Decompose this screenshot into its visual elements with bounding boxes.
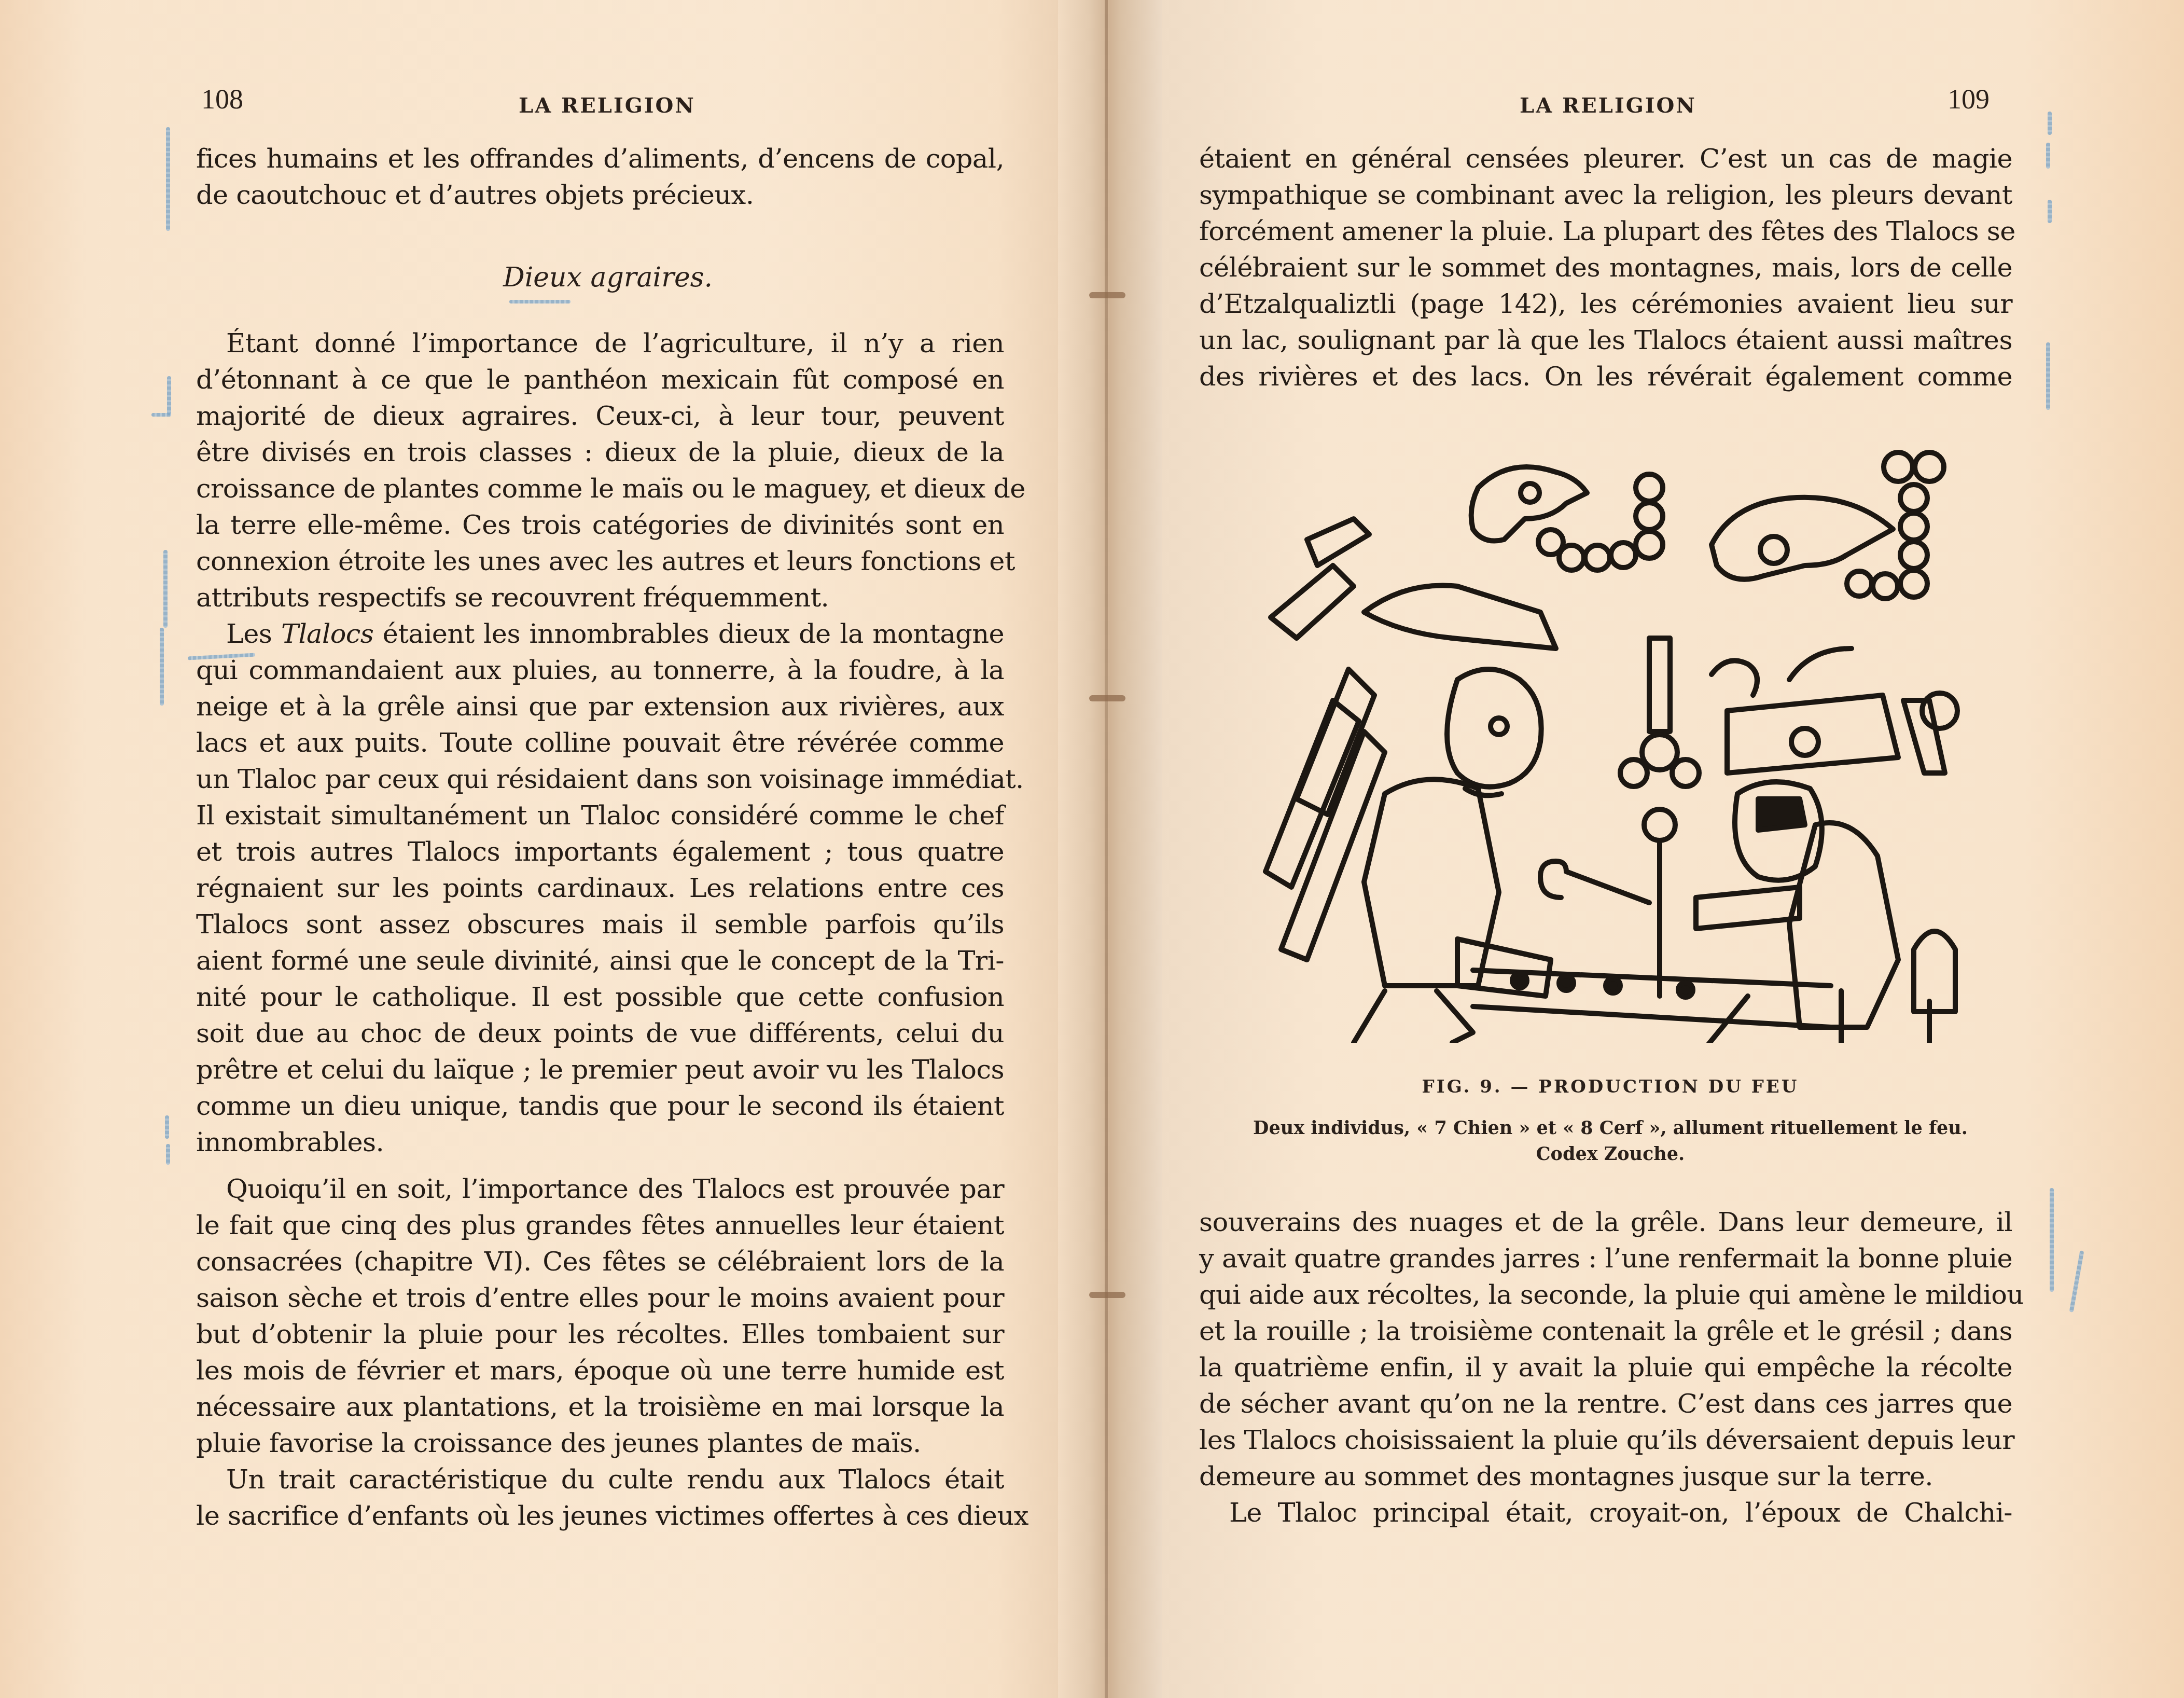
left-opening-text: fices humains et les offrandes d’aliment… (196, 141, 1004, 214)
text-line: connexion étroite les unes avec les autr… (196, 544, 1004, 580)
text-line: nécessaire aux plantations, et la troisi… (196, 1389, 1004, 1426)
text-line: lacs et aux puits. Toute colline pouvait… (196, 725, 1004, 762)
pencil-margin-mark (2050, 1188, 2054, 1292)
pencil-margin-mark (167, 376, 171, 415)
text-line: régnaient sur les points cardinaux. Les … (196, 871, 1004, 907)
text-line: sympathique se combinant avec la religio… (1199, 177, 2012, 214)
text-line: nité pour le catholique. Il est possible… (196, 979, 1004, 1016)
paragraph-four-jars: souverains des nuages et de la grêle. Da… (1199, 1205, 2012, 1495)
paragraph-chief-tlaloc: Le Tlaloc principal était, croyait-on, l… (1199, 1495, 2012, 1531)
text-line: la terre elle-même. Ces trois catégories… (196, 507, 1004, 544)
italic-term: Tlalocs (281, 619, 373, 650)
pencil-margin-mark (2046, 342, 2050, 410)
text-line: demeure au sommet des montagnes jusque s… (1199, 1459, 2012, 1495)
running-head-left: LA RELIGION (519, 93, 695, 118)
book-spread: 108 LA RELIGION fices humains et les off… (0, 0, 2184, 1698)
text-line: fices humains et les offrandes d’aliment… (196, 141, 1004, 177)
text-line: souverains des nuages et de la grêle. Da… (1199, 1205, 2012, 1241)
book-gutter (1058, 0, 1162, 1698)
text-line: croissance de plantes comme le maïs ou l… (196, 471, 1004, 507)
text-line: innombrables. (196, 1125, 1004, 1161)
paragraph-sympathetic-magic: étaient en général censées pleurer. C’es… (1199, 141, 2012, 395)
text-line: les mois de février et mars, époque où u… (196, 1353, 1004, 1389)
pencil-margin-mark (163, 550, 168, 628)
text-line: consacrées (chapitre VI). Ces fêtes se c… (196, 1244, 1004, 1280)
text-line: la quatrième enfin, il y avait la pluie … (1199, 1350, 2012, 1386)
text-line: attributs respectifs se recouvrent fréqu… (196, 580, 1004, 616)
text-line: et trois autres Tlalocs importants égale… (196, 834, 1004, 871)
text-line: but d’obtenir la pluie pour les récoltes… (196, 1317, 1004, 1353)
text-line: le sacrifice d’enfants où les jeunes vic… (196, 1498, 1004, 1535)
binding-fold (1105, 0, 1108, 1698)
pencil-margin-mark (2048, 200, 2052, 223)
text-line: Étant donné l’importance de l’agricultur… (196, 326, 1004, 362)
text-line: pluie favorise la croissance des jeunes … (196, 1426, 1004, 1462)
pencil-margin-mark (2046, 143, 2050, 169)
page-number-right: 109 (1947, 83, 1990, 115)
text-line: Les Tlalocs étaient les innombrables die… (196, 616, 1004, 653)
text-line: des rivières et des lacs. On les révérai… (1199, 359, 2012, 395)
text-line: saison sèche et trois d’entre elles pour… (196, 1280, 1004, 1317)
binding-stitch (1089, 695, 1125, 701)
pencil-underline (509, 300, 571, 303)
text-line: soit due au choc de deux points de vue d… (196, 1016, 1004, 1052)
pencil-margin-mark (166, 1144, 170, 1165)
codex-fire-drawing-icon (1229, 431, 2018, 1043)
paragraph-tlalocs: Les Tlalocs étaient les innombrables die… (196, 616, 1004, 1161)
pencil-margin-mark (165, 1115, 169, 1139)
text-line: un lac, soulignant par là que les Tlaloc… (1199, 323, 2012, 359)
text-line: Il existait simultanément un Tlaloc cons… (196, 798, 1004, 834)
paragraph-agrarian-gods: Étant donné l’importance de l’agricultur… (196, 326, 1004, 616)
text-line: d’étonnant à ce que le panthéon mexicain… (196, 362, 1004, 398)
figure-caption-description: Deux individus, « 7 Chien » et « 8 Cerf … (1234, 1115, 1986, 1167)
text-line: y avait quatre grandes jarres : l’une re… (1199, 1241, 2012, 1277)
paragraph-child-sacrifice: Un trait caractéristique du culte rendu … (196, 1462, 1004, 1535)
text-line: Quoiqu’il en soit, l’importance des Tlal… (196, 1171, 1004, 1208)
text-line: le fait que cinq des plus grandes fêtes … (196, 1208, 1004, 1244)
text-line: célébraient sur le sommet des montagnes,… (1199, 250, 2012, 286)
pencil-margin-mark (2048, 112, 2052, 135)
codex-illustration (1229, 431, 2018, 1043)
caption-source: Codex Zouche. (1234, 1141, 1986, 1167)
text-line: d’Etzalqualiztli (page 142), les cérémon… (1199, 286, 2012, 323)
text-line: forcément amener la pluie. La plupart de… (1199, 214, 2012, 250)
text-line: et la rouille ; la troisième contenait l… (1199, 1314, 2012, 1350)
caption-line: Deux individus, « 7 Chien » et « 8 Cerf … (1234, 1115, 1986, 1141)
text-line: comme un dieu unique, tandis que pour le… (196, 1088, 1004, 1125)
section-heading: Dieux agraires. (503, 262, 713, 293)
text-line: prêtre et celui du laïque ; le premier p… (196, 1052, 1004, 1088)
text-line: aient formé une seule divinité, ainsi qu… (196, 943, 1004, 979)
text-line: étaient en général censées pleurer. C’es… (1199, 141, 2012, 177)
figure-caption-title: FIG. 9. — PRODUCTION DU FEU (1234, 1076, 1986, 1097)
text-line: Le Tlaloc principal était, croyait-on, l… (1199, 1495, 2012, 1531)
text-line: un Tlaloc par ceux qui résidaient dans s… (196, 762, 1004, 798)
text-line: neige et à la grêle ainsi que par extens… (196, 689, 1004, 725)
text-line: les Tlalocs choisissaient la pluie qu’il… (1199, 1423, 2012, 1459)
text-line: qui commandaient aux pluies, au tonnerre… (196, 653, 1004, 689)
text-line: qui aide aux récoltes, la seconde, la pl… (1199, 1277, 2012, 1314)
binding-stitch (1089, 1292, 1125, 1298)
binding-stitch (1089, 292, 1125, 298)
text-line: de caoutchouc et d’autres objets précieu… (196, 177, 1004, 214)
running-head-right: LA RELIGION (1520, 93, 1696, 118)
pencil-margin-mark (160, 628, 164, 706)
text-line: de sécher avant qu’on ne la rentre. C’es… (1199, 1386, 2012, 1423)
pencil-margin-mark (151, 413, 171, 417)
text-line: être divisés en trois classes : dieux de… (196, 435, 1004, 471)
paragraph-importance: Quoiqu’il en soit, l’importance des Tlal… (196, 1171, 1004, 1462)
page-number-left: 108 (201, 83, 243, 115)
text-line: Tlalocs sont assez obscures mais il semb… (196, 907, 1004, 943)
pencil-margin-mark (166, 127, 170, 231)
text-line: majorité de dieux agraires. Ceux-ci, à l… (196, 398, 1004, 435)
text-line: Un trait caractéristique du culte rendu … (196, 1462, 1004, 1498)
